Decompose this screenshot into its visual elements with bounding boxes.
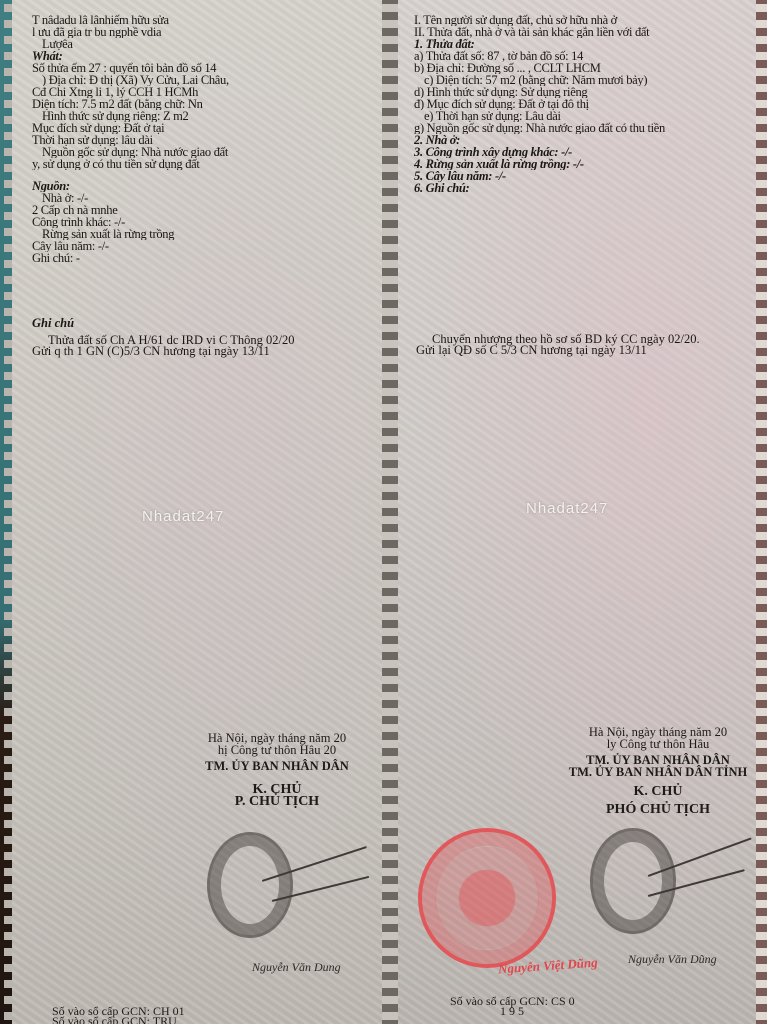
binder-tooth xyxy=(382,148,398,156)
right-page: I. Tên người sử dụng đất, chủ sở hữu nhà… xyxy=(398,0,756,1024)
header-line: I. Tên người sử dụng đất, chủ sở hữu nhà… xyxy=(414,14,746,26)
binder-tooth xyxy=(382,500,398,508)
binder-tooth xyxy=(756,356,767,364)
binder-tooth xyxy=(382,532,398,540)
binder-tooth xyxy=(382,196,398,204)
text-line: y, sử dụng ở có thu tiền sử dụng đất xyxy=(32,158,372,170)
binder-tooth xyxy=(756,964,767,972)
text-line: đ) Mục đích sử dụng: Đất ở tại đô thị xyxy=(414,98,746,110)
binder-tooth xyxy=(382,692,398,700)
text-line: g) Nguồn gốc sử dụng: Nhà nước giao đất … xyxy=(414,122,746,134)
binder-tooth xyxy=(756,164,767,172)
binder-tooth xyxy=(756,132,767,140)
binder-tooth xyxy=(382,836,398,844)
binder-tooth xyxy=(382,68,398,76)
binder-tooth xyxy=(756,372,767,380)
binder-tooth xyxy=(756,452,767,460)
left-place-line2: hị Công tư thôn Hâu 20 xyxy=(172,744,382,756)
binder-tooth xyxy=(756,68,767,76)
binder-tooth xyxy=(382,644,398,652)
binder-tooth xyxy=(756,628,767,636)
binder-tooth xyxy=(382,916,398,924)
binder-tooth xyxy=(382,516,398,524)
text-line: b) Địa chỉ: Đường số ... , CCLT LHCM xyxy=(414,62,746,74)
binder-tooth xyxy=(756,932,767,940)
binder-tooth xyxy=(756,644,767,652)
binder-tooth xyxy=(756,324,767,332)
binder-tooth xyxy=(756,100,767,108)
binder-tooth xyxy=(756,36,767,44)
text-line: Ghi chú: - xyxy=(32,252,372,264)
binder-tooth xyxy=(756,772,767,780)
binder-tooth xyxy=(382,660,398,668)
binder-tooth xyxy=(756,980,767,988)
binder-tooth xyxy=(382,356,398,364)
right-org-title-2: TM. ỦY BAN NHÂN DÂN TỈNH xyxy=(558,766,756,778)
right-role-1: K. CHỦ xyxy=(558,786,756,798)
left-registry-note: Số vào sổ cấp GCN: CH 01 Số vào sổ cấp G… xyxy=(52,1006,185,1024)
binder-tooth xyxy=(382,596,398,604)
text-line: Rừng sản xuất là rừng trồng xyxy=(32,228,372,240)
binder-tooth xyxy=(382,900,398,908)
binder-tooth xyxy=(756,404,767,412)
header-line: l ưu đã gia tr bu ngphề vdia xyxy=(32,26,372,38)
binder-tooth xyxy=(382,308,398,316)
binder-tooth xyxy=(756,436,767,444)
binder-tooth xyxy=(756,900,767,908)
binder-tooth xyxy=(756,836,767,844)
binder-tooth xyxy=(382,708,398,716)
binder-tooth xyxy=(756,852,767,860)
text-line: ) Địa chỉ: Đ thị (Xã) Vy Cửu, Lai Châu, xyxy=(32,74,372,86)
binder-tooth xyxy=(382,340,398,348)
binder-tooth xyxy=(756,740,767,748)
header-line: T nâdadu lâ lânhiếm hữu sửa xyxy=(32,14,372,26)
text-line: Diện tích: 7.5 m2 đất (bằng chữ: Nn xyxy=(32,98,372,110)
binder-tooth xyxy=(382,628,398,636)
binder-tooth xyxy=(756,516,767,524)
text-line: Nguồn gốc sử dụng: Nhà nước giao đất xyxy=(32,146,372,158)
binder-tooth xyxy=(382,996,398,1004)
binder-tooth xyxy=(382,820,398,828)
binder-tooth xyxy=(382,580,398,588)
binder-tooth xyxy=(756,660,767,668)
text-line: Thời hạn sử dụng: lâu dài xyxy=(32,134,372,146)
binder-tooth xyxy=(756,180,767,188)
binder-tooth xyxy=(756,756,767,764)
binder-tooth xyxy=(756,948,767,956)
binder-tooth xyxy=(382,740,398,748)
text-line: Whát: xyxy=(32,50,372,62)
text-line: 1. Thửa đất: xyxy=(414,38,746,50)
binder-edge-right xyxy=(756,0,767,1024)
text-line: 4. Rừng sản xuất là rừng trồng: -/- xyxy=(414,158,746,170)
binder-tooth xyxy=(382,484,398,492)
binder-tooth xyxy=(756,996,767,1004)
binder-tooth xyxy=(756,420,767,428)
binder-tooth xyxy=(756,884,767,892)
binder-tooth xyxy=(382,292,398,300)
binder-tooth xyxy=(382,788,398,796)
binder-tooth xyxy=(756,244,767,252)
watermark: Nhadat247 xyxy=(142,508,224,525)
text-line: d) Hình thức sử dụng: Sử dụng riêng xyxy=(414,86,746,98)
binder-tooth xyxy=(382,612,398,620)
book-spine xyxy=(382,0,398,1024)
left-official-stamp xyxy=(207,832,293,938)
left-signature-block: Hà Nội, ngày tháng năm 20 hị Công tư thô… xyxy=(172,732,382,808)
binder-tooth xyxy=(756,564,767,572)
binder-tooth xyxy=(756,388,767,396)
binder-tooth xyxy=(382,468,398,476)
binder-tooth xyxy=(382,132,398,140)
binder-tooth xyxy=(382,52,398,60)
binder-tooth xyxy=(382,116,398,124)
binder-tooth xyxy=(756,804,767,812)
binder-tooth xyxy=(756,868,767,876)
text-line: 2 Cấp ch nà mnhe xyxy=(32,204,372,216)
left-footnote-label: Ghi chú xyxy=(32,318,294,329)
binder-tooth xyxy=(756,4,767,12)
text-line: Nguồn: xyxy=(32,180,372,192)
text-line: 2. Nhà ở: xyxy=(414,134,746,146)
binder-tooth xyxy=(382,676,398,684)
binder-tooth xyxy=(756,340,767,348)
right-official-stamp xyxy=(590,828,676,934)
binder-tooth xyxy=(756,708,767,716)
text-line: 3. Công trình xây dựng khác: -/- xyxy=(414,146,746,158)
binder-tooth xyxy=(382,4,398,12)
binder-tooth xyxy=(382,452,398,460)
text-line: Công trình khác: -/- xyxy=(32,216,372,228)
binder-tooth xyxy=(756,580,767,588)
binder-tooth xyxy=(382,36,398,44)
text-line: e) Thời hạn sử dụng: Lâu dài xyxy=(414,110,746,122)
binder-tooth xyxy=(756,500,767,508)
binder-tooth xyxy=(382,884,398,892)
binder-tooth xyxy=(382,420,398,428)
binder-tooth xyxy=(756,84,767,92)
left-org-title: TM. ỦY BAN NHÂN DÂN xyxy=(172,760,382,772)
text-line: Hình thức sử dụng riêng: Z m2 xyxy=(32,110,372,122)
text-line: Số thửa ếm 27 : quyển tôi bản đồ số 14 xyxy=(32,62,372,74)
text-line: 5. Cây lâu năm: -/- xyxy=(414,170,746,182)
binder-tooth xyxy=(382,724,398,732)
left-role-2: P. CHỦ TỊCH xyxy=(172,796,382,808)
right-role-2: PHÓ CHỦ TỊCH xyxy=(558,804,756,816)
binder-tooth xyxy=(756,916,767,924)
header-line: II. Thửa đất, nhà ở và tài sản khác gắn … xyxy=(414,26,746,38)
binder-tooth xyxy=(756,276,767,284)
binder-tooth xyxy=(756,532,767,540)
binder-tooth xyxy=(382,372,398,380)
right-place-line2: ly Công tư thôn Hâu xyxy=(558,738,756,750)
binder-tooth xyxy=(382,180,398,188)
red-official-stamp xyxy=(418,828,556,968)
binder-tooth xyxy=(382,436,398,444)
text-line: Nhà ở: -/- xyxy=(32,192,372,204)
binder-tooth xyxy=(756,196,767,204)
binder-tooth xyxy=(382,964,398,972)
text-line: Mục đích sử dụng: Đất ở tại xyxy=(32,122,372,134)
binder-tooth xyxy=(756,228,767,236)
left-signer-name: Nguyễn Văn Dung xyxy=(252,960,341,975)
binder-tooth xyxy=(756,596,767,604)
left-registry-line-2: Số vào sổ cấp GCN: TRU xyxy=(52,1016,185,1024)
binder-tooth xyxy=(756,308,767,316)
text-line: c) Diện tích: 57 m2 (bằng chữ: Năm mươi … xyxy=(414,74,746,86)
binder-tooth xyxy=(382,228,398,236)
text-line: Lượêa xyxy=(32,38,372,50)
binder-tooth xyxy=(382,932,398,940)
text-line: Cđ Chi Xtng li 1, lý CCH 1 HCMh xyxy=(32,86,372,98)
binder-tooth xyxy=(756,260,767,268)
text-line: 6. Ghi chú: xyxy=(414,182,746,194)
binder-tooth xyxy=(756,20,767,28)
binder-tooth xyxy=(382,404,398,412)
binder-tooth xyxy=(756,212,767,220)
binder-tooth xyxy=(756,148,767,156)
binder-tooth xyxy=(382,868,398,876)
binder-tooth xyxy=(756,692,767,700)
binder-tooth xyxy=(756,52,767,60)
binder-tooth xyxy=(756,1012,767,1020)
left-footnote: Ghi chú Thửa đất số Ch A H/61 dc IRD vi … xyxy=(32,318,294,357)
left-page-text: T nâdadu lâ lânhiếm hữu sửal ưu đã gia t… xyxy=(32,14,372,264)
binder-tooth xyxy=(382,548,398,556)
binder-tooth xyxy=(382,564,398,572)
text-line: a) Thửa đất số: 87 , tờ bản đồ số: 14 xyxy=(414,50,746,62)
binder-tooth xyxy=(382,804,398,812)
binder-tooth xyxy=(382,100,398,108)
binder-tooth xyxy=(382,164,398,172)
binder-tooth xyxy=(382,324,398,332)
binder-tooth xyxy=(756,788,767,796)
binder-tooth xyxy=(382,84,398,92)
binder-tooth xyxy=(756,292,767,300)
binder-tooth xyxy=(756,724,767,732)
binder-tooth xyxy=(382,980,398,988)
binder-tooth xyxy=(756,548,767,556)
right-footnote: Chuyển nhượng theo hồ sơ số BD ký CC ngà… xyxy=(416,334,700,356)
binder-tooth xyxy=(382,20,398,28)
binder-tooth xyxy=(382,260,398,268)
binder-tooth xyxy=(382,772,398,780)
binder-tooth xyxy=(382,276,398,284)
binder-tooth xyxy=(382,244,398,252)
binder-tooth xyxy=(756,468,767,476)
binder-tooth xyxy=(382,388,398,396)
binder-tooth xyxy=(756,116,767,124)
binder-tooth xyxy=(756,612,767,620)
text-line: Cây lâu năm: -/- xyxy=(32,240,372,252)
binder-tooth xyxy=(756,820,767,828)
binder-tooth xyxy=(756,484,767,492)
right-registry-note: Số vào sổ cấp GCN: CS 0 1 9 5 xyxy=(450,996,575,1016)
right-footnote-line-2: Gửi lại QĐ số C 5/3 CN hương tại ngày 13… xyxy=(416,345,700,356)
right-page-text: I. Tên người sử dụng đất, chủ sở hữu nhà… xyxy=(414,14,746,194)
left-page: T nâdadu lâ lânhiếm hữu sửal ưu đã gia t… xyxy=(12,0,382,1024)
binder-tooth xyxy=(382,948,398,956)
right-signer-name: Nguyễn Văn Dũng xyxy=(628,952,717,967)
binder-tooth xyxy=(382,1012,398,1020)
binder-tooth xyxy=(382,852,398,860)
right-signature-block: Hà Nội, ngày tháng năm 20 ly Công tư thô… xyxy=(558,726,756,816)
binder-tooth xyxy=(382,212,398,220)
binder-tooth xyxy=(382,756,398,764)
left-footnote-line-2: Gửi q th 1 GN (C)5/3 CN hương tại ngày 1… xyxy=(32,346,294,357)
binder-tooth xyxy=(756,676,767,684)
watermark: Nhadat247 xyxy=(526,500,608,517)
